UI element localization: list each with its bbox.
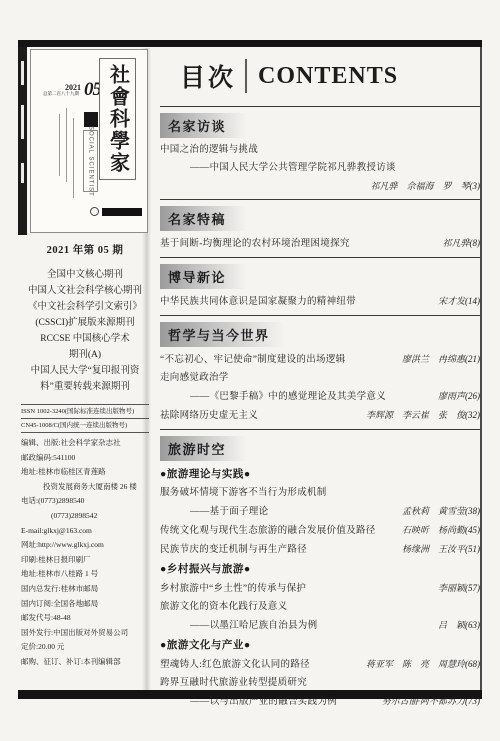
cover-year: 2021	[41, 84, 81, 92]
toc-section: 博导新论中华民族共同体意识是国家凝聚力的精神纽带宋才发(14)	[160, 260, 480, 311]
section-header: 旅游时空	[160, 436, 258, 461]
toc-row: 中国之治的逻辑与挑战	[160, 141, 480, 159]
journal-spine	[18, 47, 27, 235]
article-authors: 蒋亚军 陈 亮 周慧玲(68)	[358, 655, 480, 673]
publication-info: 编辑、出版:社会科学家杂志社邮政编码:541100地址:桂林市临桂区青莲路投资发…	[21, 436, 149, 670]
toc-row: ——基于面子理论孟秋莉 黄雪莹(38)	[160, 502, 480, 521]
top-rule-bar	[18, 40, 482, 47]
right-edge-rule	[480, 47, 482, 690]
toc-section: 哲学与当今世界“不忘初心、牢记使命”制度建设的出场逻辑廖洪兰 冉绵惠(21)走向…	[160, 318, 480, 425]
issn-line: ISSN 1002-3240(国际标准连续出版物号)	[21, 405, 149, 419]
section-divider	[160, 257, 480, 258]
article-authors: 祁凡骅 佘福海 罗 琴(3)	[363, 177, 481, 195]
journal-title-calligraphy-box: 社會科學家	[99, 58, 136, 180]
table-of-contents: 目次 CONTENTS 名家访谈中国之治的逻辑与挑战——中国人民大学公共管理学院…	[160, 50, 480, 711]
toc-row: ——《巴黎手稿》中的感觉理论及其美学意义廖雨声(26)	[160, 387, 480, 406]
journal-honor-line: 全国中文核心期刊	[21, 267, 149, 283]
journal-honor-line: 《中文社会科学引文索引》	[21, 299, 149, 315]
toc-row: 基于间断-均衡理论的农村环境治理困境探究祁凡骅(8)	[160, 234, 480, 253]
article-title: 乡村旅游中“乡土性”的传承与保护	[160, 580, 306, 598]
subsection-label: ●旅游理论与实践●	[160, 464, 480, 484]
sidebar-info-line: 地址:桂林市临桂区青莲路	[21, 465, 149, 480]
journal-honor-line: 中国人文社会科学核心期刊	[21, 283, 149, 299]
sidebar-info-line: 邮发代号:48-48	[21, 611, 149, 626]
sidebar-info-line: 电话:(0773)2898540	[21, 494, 149, 509]
sidebar-info-line: 邮购、征订、补订:本刊编辑部	[21, 655, 149, 670]
section-divider	[160, 199, 480, 200]
sidebar-info-line: 印刷:桂林日报印刷厂	[21, 553, 149, 568]
article-title: ——基于面子理论	[160, 503, 268, 521]
toc-row: “不忘初心、牢记使命”制度建设的出场逻辑廖洪兰 冉绵惠(21)	[160, 350, 480, 369]
article-title: 跨界互融时代旅游业转型提质研究	[160, 674, 307, 692]
article-title: 中国之治的逻辑与挑战	[160, 141, 258, 159]
article-authors: 廖洪兰 冉绵惠(21)	[394, 350, 480, 368]
issue-line: 2021 年第 05 期	[21, 242, 149, 257]
section-header: 哲学与当今世界	[160, 322, 302, 347]
article-authors: 宋才发(14)	[430, 292, 480, 310]
toc-section: 旅游时空●旅游理论与实践●服务破坏情境下游客不当行为形成机制——基于面子理论孟秋…	[160, 432, 480, 711]
toc-header-divider	[245, 59, 247, 93]
cover-article-list-decoration	[57, 108, 79, 192]
journal-honor-line: 料”重要转载来源期刊	[21, 379, 149, 395]
sidebar-info-line: 地址:桂林市八桂路 1 号	[21, 567, 149, 582]
toc-section: 名家特稿基于间断-均衡理论的农村环境治理困境探究祁凡骅(8)	[160, 202, 480, 253]
subsection-label: ●乡村振兴与旅游●	[160, 559, 480, 579]
spine-text-mark	[21, 163, 24, 183]
cover-issue-note: 总第二百八十九期	[43, 92, 79, 97]
sidebar-info-line: 定价:20.00 元	[21, 640, 149, 655]
article-title: 塑魂铸人:红色旅游文化认同的路径	[160, 656, 310, 674]
journal-honor-line: RCCSE 中国核心学术	[21, 331, 149, 347]
publisher-mark	[90, 207, 142, 216]
toc-row: 乡村旅游中“乡土性”的传承与保护李丽颖(57)	[160, 579, 480, 598]
toc-section: 名家访谈中国之治的逻辑与挑战——中国人民大学公共管理学院祁凡骅教授访谈祁凡骅 佘…	[160, 109, 480, 195]
toc-sections: 名家访谈中国之治的逻辑与挑战——中国人民大学公共管理学院祁凡骅教授访谈祁凡骅 佘…	[160, 109, 480, 711]
article-title: 传统文化观与现代生态旅游的融合发展价值及路径	[160, 522, 376, 540]
toc-header: 目次 CONTENTS	[180, 58, 480, 94]
toc-row: 旅游文化的资本化践行及意义	[160, 598, 480, 616]
article-title: “不忘初心、牢记使命”制度建设的出场逻辑	[160, 351, 345, 369]
spine-text-mark	[21, 61, 24, 85]
issn-cn-block: ISSN 1002-3240(国际标准连续出版物号) CN45-1008/C(国…	[21, 404, 149, 433]
sidebar-info-line: E-mail:glkxj@163.com	[21, 524, 149, 539]
article-authors: 李丽颖(57)	[430, 579, 480, 597]
toc-row: 塑魂铸人:红色旅游文化认同的路径蒋亚军 陈 亮 周慧玲(68)	[160, 655, 480, 674]
article-title: 中华民族共同体意识是国家凝聚力的精神纽带	[160, 293, 356, 311]
sidebar-info-line: 国内总发行:桂林市邮局	[21, 582, 149, 597]
toc-row: 祁凡骅 佘福海 罗 琴(3)	[160, 177, 480, 195]
article-authors: 杨缘洲 王汝平(51)	[394, 540, 480, 558]
sidebar-info-line: 国内订阅:全国各地邮局	[21, 597, 149, 612]
article-title: ——以墨江哈尼族自治县为例	[160, 617, 317, 635]
section-divider	[160, 315, 480, 316]
sidebar-info-line: 编辑、出版:社会科学家杂志社	[21, 436, 149, 451]
article-authors: 石映昕 杨尚勤(45)	[394, 521, 480, 539]
section-header: 博导新论	[160, 264, 258, 289]
sidebar-info-line: (0773)2898542	[21, 509, 149, 524]
toc-row: 跨界互融时代旅游业转型提质研究	[160, 674, 480, 692]
article-authors: 廖雨声(26)	[430, 387, 480, 405]
article-authors: 努尔古丽·阿不都苏力(73)	[374, 692, 480, 710]
journal-title-english: SOCIAL SCIENTIST	[88, 126, 94, 197]
journal-title-calligraphy: 社會科學家	[108, 64, 128, 174]
article-title: 民族节庆的变迁机制与再生产路径	[160, 541, 307, 559]
article-title: 基于间断-均衡理论的农村环境治理困境探究	[160, 235, 350, 253]
toc-row: ——中国人民大学公共管理学院祁凡骅教授访谈	[160, 159, 480, 177]
subsection-label: ●旅游文化与产业●	[160, 635, 480, 655]
toc-row: 传统文化观与现代生态旅游的融合发展价值及路径石映昕 杨尚勤(45)	[160, 521, 480, 540]
article-title: ——《巴黎手稿》中的感觉理论及其美学意义	[160, 388, 386, 406]
article-authors: 吕 颖(63)	[430, 616, 480, 634]
article-title: ——中国人民大学公共管理学院祁凡骅教授访谈	[160, 159, 396, 177]
sidebar-info-line: 国外发行:中国出版对外贸易公司	[21, 626, 149, 641]
journal-honor-line: 中国人民大学“复印报刊资	[21, 363, 149, 379]
toc-row: 民族节庆的变迁机制与再生产路径杨缘洲 王汝平(51)	[160, 540, 480, 559]
cover-issue-block: 2021 总第二百八十九期 05	[41, 82, 101, 98]
toc-row: ——以墨江哈尼族自治县为例吕 颖(63)	[160, 616, 480, 635]
toc-title-en: CONTENTS	[258, 63, 398, 90]
article-title: ——以与出版产业的融合实践为例	[160, 693, 337, 711]
toc-row: 祛除网络历史虚无主义李辉源 李云崔 张 俊(32)	[160, 406, 480, 425]
article-authors: 孟秋莉 黄雪莹(38)	[394, 502, 480, 520]
article-authors: 李辉源 李云崔 张 俊(32)	[358, 406, 480, 424]
section-header: 名家访谈	[160, 113, 258, 138]
journal-title-english-box: SOCIAL SCIENTIST	[83, 130, 98, 192]
toc-title-cn: 目次	[180, 58, 236, 94]
section-header: 名家特稿	[160, 206, 258, 231]
sidebar-info-line: 网址:http://www.glkxj.com	[21, 538, 149, 553]
journal-honor-line: 期刊(A)	[21, 347, 149, 363]
article-title: 旅游文化的资本化践行及意义	[160, 598, 287, 616]
sidebar-info-line: 投资发展商务大厦南楼 26 楼	[21, 480, 149, 495]
sidebar-info-line: 邮政编码:541100	[21, 451, 149, 466]
section-divider	[160, 429, 480, 430]
toc-row: 走向感觉政治学	[160, 369, 480, 387]
toc-row: 中华民族共同体意识是国家凝聚力的精神纽带宋才发(14)	[160, 292, 480, 311]
article-authors: 祁凡骅(8)	[435, 234, 481, 252]
article-title: 服务破坏情境下游客不当行为形成机制	[160, 484, 327, 502]
spine-text-mark	[21, 105, 24, 139]
toc-row: ——以与出版产业的融合实践为例努尔古丽·阿不都苏力(73)	[160, 692, 480, 711]
publisher-label-bar	[102, 208, 142, 216]
publisher-seal-icon	[90, 207, 99, 216]
journal-cover-thumbnail: 2021 总第二百八十九期 05 社會科學家 SOCIAL SCIENTIST	[30, 49, 148, 233]
toc-header-rule	[160, 106, 480, 107]
journal-honors: 全国中文核心期刊中国人文社会科学核心期刊《中文社会科学引文索引》(CSSCI)扩…	[21, 267, 149, 395]
cn-line: CN45-1008/C(国内统一连续出版物号)	[21, 419, 149, 432]
journal-info-sidebar: 2021 年第 05 期 全国中文核心期刊中国人文社会科学核心期刊《中文社会科学…	[21, 242, 149, 670]
article-title: 走向感觉政治学	[160, 369, 229, 387]
journal-honor-line: (CSSCI)扩展版来源期刊	[21, 315, 149, 331]
toc-row: 服务破坏情境下游客不当行为形成机制	[160, 484, 480, 502]
article-title: 祛除网络历史虚无主义	[160, 407, 258, 425]
